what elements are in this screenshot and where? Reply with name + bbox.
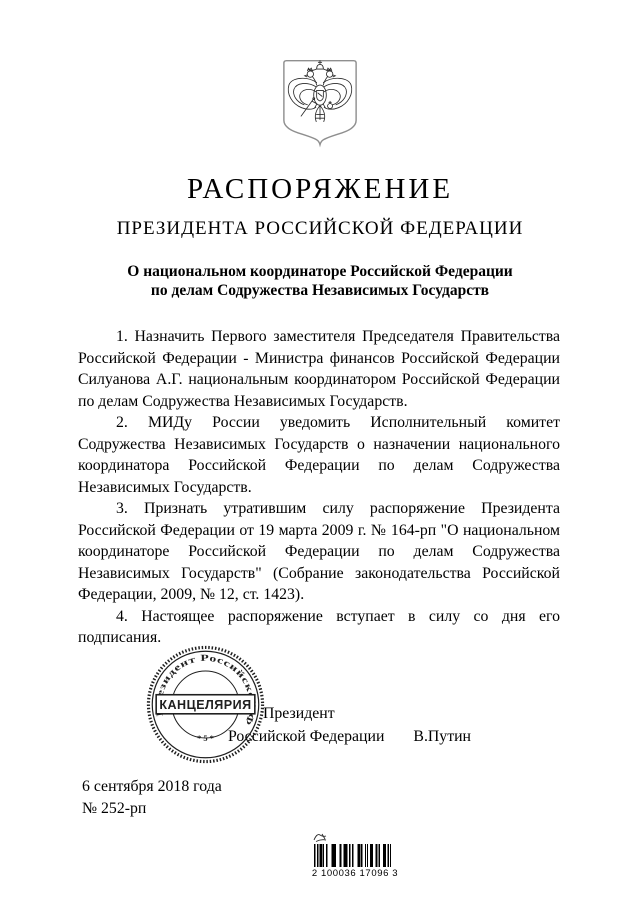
paragraph-3: 3. Признать утратившим силу распоряжение… [78, 498, 560, 606]
russia-coat-of-arms-icon [278, 57, 362, 150]
decree-document-page: РАСПОРЯЖЕНИЕ ПРЕЗИДЕНТА РОССИЙСКОЙ ФЕДЕР… [0, 0, 640, 905]
barcode-digits: 2 100036 17096 3 [305, 868, 405, 879]
document-type-title: РАСПОРЯЖЕНИЕ [0, 173, 640, 206]
subject-line-1: О национальном координаторе Российской Ф… [0, 262, 640, 281]
document-subject: О национальном координаторе Российской Ф… [0, 262, 640, 300]
stamp-bottom-text: * 5 * [197, 734, 214, 743]
paragraph-2: 2. МИДу России уведомить Исполнительный … [78, 412, 560, 498]
signature-post-line-1: Президент [263, 705, 335, 723]
barcode: 2 100036 17096 3 [305, 832, 405, 884]
stamp-center-text: КАНЦЕЛЯРИЯ [159, 698, 251, 712]
barcode-bars [314, 844, 392, 867]
subject-line-2: по делам Содружества Независимых Государ… [0, 281, 640, 300]
signature-name: В.Путин [413, 728, 471, 745]
paragraph-1: 1. Назначить Первого заместителя Председ… [78, 326, 560, 412]
print-mark-icon [311, 832, 331, 843]
paragraph-4: 4. Настоящее распоряжение вступает в сил… [78, 606, 560, 649]
chancellery-stamp-icon: Президент Российской Федерации КАНЦЕЛЯРИ… [145, 644, 266, 765]
date-number-block: 6 сентября 2018 года № 252-рп [82, 776, 222, 819]
document-number: № 252-рп [82, 798, 222, 820]
document-body: 1. Назначить Первого заместителя Председ… [78, 326, 560, 649]
document-date: 6 сентября 2018 года [82, 776, 222, 798]
document-issuer: ПРЕЗИДЕНТА РОССИЙСКОЙ ФЕДЕРАЦИИ [0, 218, 640, 240]
